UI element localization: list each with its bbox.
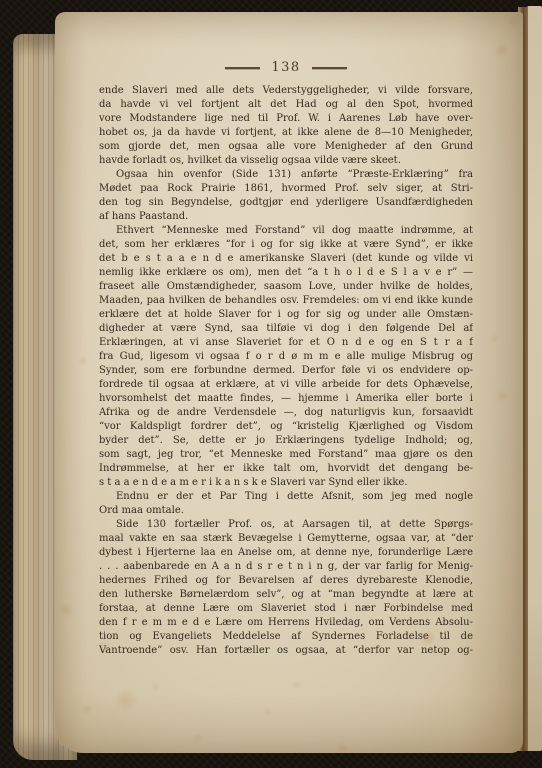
foxing-spot (336, 742, 349, 755)
text-line: da havde vi vel fortjent alt det Had og … (99, 98, 473, 112)
text-line: nemlig ikke erklære os om), men det “a t… (99, 266, 473, 280)
text-line: den tog sin Begyndelse, godtgjør end yde… (99, 196, 473, 210)
text-line: det b e s t a a e n d e amerikanske Slav… (99, 252, 473, 266)
foxing-spot (193, 733, 203, 743)
text-line: tion og Evangeliets Meddelelse af Synder… (99, 630, 473, 644)
foxing-spot (494, 42, 510, 58)
book-page: 138 ende Slaveri med alle dets Vederstyg… (55, 12, 523, 753)
page-header: 138 (99, 61, 473, 74)
foxing-spot (397, 88, 405, 96)
text-line: Indrømmelse, at her er ikke talt om, hvo… (99, 462, 473, 476)
foxing-spot (58, 602, 74, 618)
foxing-spot (150, 682, 161, 693)
text-line: fraseet alle Omstændigheder, saasom Love… (99, 280, 473, 294)
text-line: hvorsomhelst det maatte findes, — hjemme… (99, 392, 473, 406)
text-line: den f r e m m e d e Lære om Herrens Hvil… (99, 616, 473, 630)
text-line: byder det”. Se, dette er jo Erklæringens… (99, 434, 473, 448)
text-line: Erklæringen, at vi anse Slaveriet for et… (99, 336, 473, 350)
foxing-spot (78, 356, 88, 366)
text-line: erklære det at holde Slaver for i og for… (99, 308, 473, 322)
foxing-spot (420, 630, 436, 646)
text-line: havde forladt os, hvilket da visselig og… (99, 154, 473, 168)
foxing-spot (490, 334, 499, 343)
foxing-spot (114, 688, 138, 712)
text-line: vore Modstandere lige ned til Prof. W. i… (99, 112, 473, 126)
foxing-spot (247, 112, 255, 120)
text-line: det, som her erklæres “for i og for sig … (99, 238, 473, 252)
text-line: dybest i Hjerterne laa en Anelse om, at … (99, 546, 473, 560)
text-line: Ethvert “Menneske med Forstand” vil dog … (99, 224, 473, 238)
foxing-spot (292, 680, 302, 690)
text-line: Side 130 fortæller Prof. os, at Aarsagen… (99, 518, 473, 532)
text-line: af hans Paastand. (99, 210, 473, 224)
text-line: Ogsaa hin ovenfor (Side 131) anførte “Pr… (99, 168, 473, 182)
book-scene: 138 ende Slaveri med alle dets Vederstyg… (0, 0, 542, 768)
text-line: som gjorde det, men ogsaa alle vore Meni… (99, 140, 473, 154)
body-text: ende Slaveri med alle dets Vederstyggeli… (99, 84, 473, 658)
text-line: digheder at være Synd, saa tilføie vi do… (99, 322, 473, 336)
foxing-spot (508, 16, 519, 27)
page-number: 138 (271, 61, 300, 74)
foxing-spot (263, 707, 272, 716)
foxing-spot (99, 641, 109, 651)
text-line: Mødet paa Rock Prairie 1861, hvormed Pro… (99, 182, 473, 196)
text-line: Synder, som ere forbundne dermed. Derfor… (99, 364, 473, 378)
text-line: Ord maa omtale. (99, 504, 473, 518)
foxing-spot (496, 390, 508, 402)
text-line: hobet os, ja da havde vi fortjent, at ik… (99, 126, 473, 140)
text-line: ende Slaveri med alle dets Vederstyggeli… (99, 84, 473, 98)
text-line: den lutherske Børnelærdom selv”, og at “… (99, 588, 473, 602)
header-rule-left (225, 67, 260, 69)
text-line: fra Gud, ligesom vi ogsaa f o r d ø m m … (99, 350, 473, 364)
text-line: som sagt, jeg tror, “et Menneske med For… (99, 448, 473, 462)
text-line: maal vakte en saa stærk Bevægelse i Gemy… (99, 532, 473, 546)
foxing-spot (462, 584, 472, 594)
facing-page-edge (527, 6, 542, 751)
text-line: Afrika og de andre Verdensdele —, dog na… (99, 406, 473, 420)
text-line: Vantroende” osv. Han fortæller os ogsaa,… (99, 644, 473, 658)
text-line: Maaden, paa hvilken de behandles osv. Fr… (99, 294, 473, 308)
text-line: s t a a e n d e a m e r i k a n s k e Sl… (99, 476, 473, 490)
foxing-spot (80, 702, 94, 716)
text-line: hedernes Frihed og for Bevarelsen af der… (99, 574, 473, 588)
text-line: forstaa, at denne Lære om Slaveriet stod… (99, 602, 473, 616)
text-line: . . . aabenbarede en A a n d s r e t n i… (99, 560, 473, 574)
text-line: Endnu er der et Par Ting i dette Afsnit,… (99, 490, 473, 504)
header-rule-right (312, 67, 347, 69)
text-line: “vor Kaldspligt fordrer det”, og “kriste… (99, 420, 473, 434)
text-line: fordrede til ogsaa at erklære, at vi vil… (99, 378, 473, 392)
